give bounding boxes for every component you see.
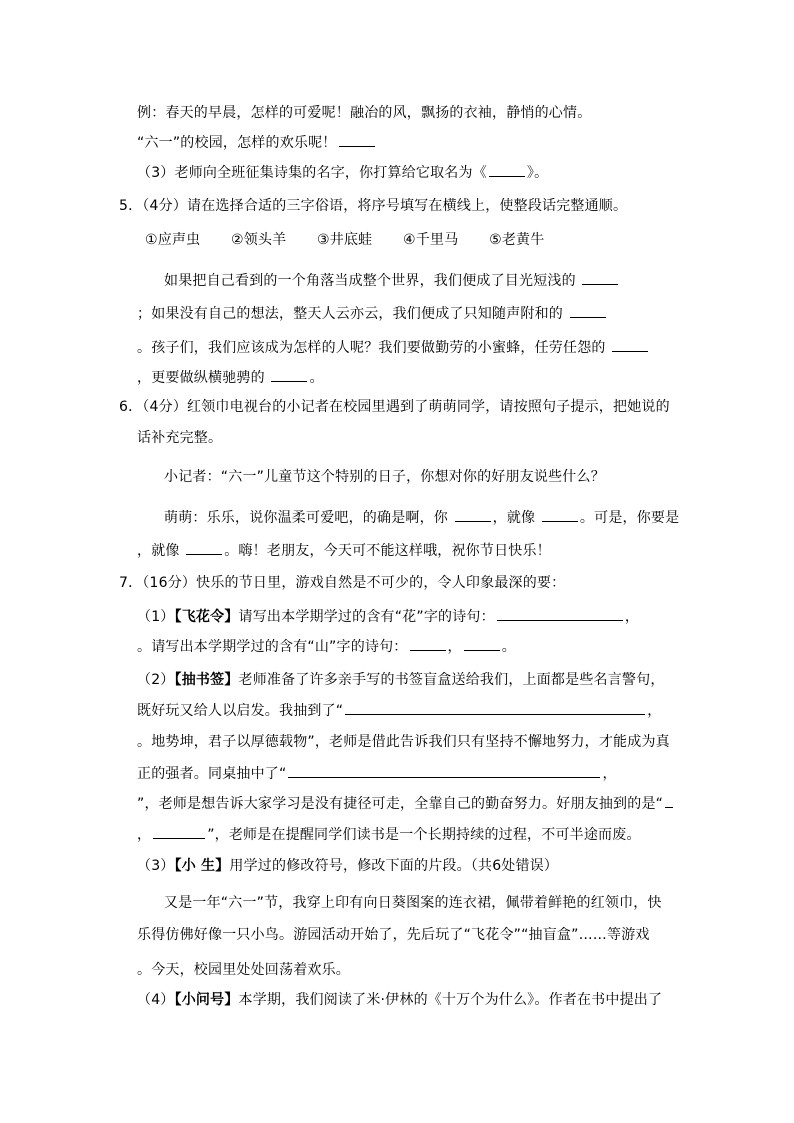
q5-paragraph-line-2: ；如果没有自己的想法，整天人云亦云，我们便成了只知随声附和的: [137, 305, 608, 323]
q5-text-end: 。: [309, 370, 323, 386]
mengmeng-text: 萌萌：乐乐，说你温柔可爱吧，的确是啊，你: [164, 510, 448, 526]
q7-text: 用学过的修改符号，修改下面的片段。（共6处错误）: [229, 858, 558, 874]
q7-text: ，: [137, 827, 151, 843]
answer-blank[interactable]: [345, 702, 645, 715]
q4-sub3: （3）老师向全班征集诗集的名字，你打算给它取名为《》。: [137, 164, 548, 182]
answer-blank[interactable]: [612, 339, 648, 352]
example-sentence: 例：春天的早晨，怎样的可爱呢！融冶的风，飘扬的衣袖，静悄的心情。: [137, 104, 591, 122]
question-5-title: 5．（4分）请在选择合适的三字俗语，将序号填写在横线上，使整段话完整通顺。: [119, 197, 627, 215]
answer-blank[interactable]: [665, 795, 673, 808]
q7-text: ”，老师是想告诉大家学习是没有捷径可走，全靠自己的勤奋努力。好朋友抽到的是“: [137, 796, 663, 812]
q7-sub3-passage-2: 乐得仿佛好像一只小鸟。游园活动开始了，先后玩了“飞花令”“抽盲盒”……等游戏: [137, 926, 650, 944]
option-3: ③井底蛙: [317, 232, 372, 248]
q7-text: 。请写出本学期学过的含有“山”字的诗句：: [137, 639, 408, 655]
sub-number: （3）: [137, 858, 175, 874]
q7-sub2-line-1: （2）【抽书签】老师准备了许多亲手写的书签盲盒送给我们，上面都是些名言警句，: [137, 671, 665, 689]
answer-blank[interactable]: [271, 369, 307, 382]
answer-blank[interactable]: [288, 765, 600, 778]
q7-text: 正的强者。同桌抽中了“: [137, 766, 286, 782]
q7-text: ，: [448, 639, 462, 655]
q7-sub2-line-4: 正的强者。同桌抽中了“，: [137, 765, 617, 783]
question-5-options: ①应声虫 ②领头羊 ③井底蛙 ④千里马 ⑤老黄牛: [145, 231, 544, 249]
q5-text: 。孩子们，我们应该成为怎样的人呢？我们要做勤劳的小蜜蜂，任劳任怨的: [137, 340, 606, 356]
answer-blank[interactable]: [410, 638, 446, 651]
mengmeng-line-2: ，就像 。嗨！老朋友，今天可不能这样哦，祝你节日快乐！: [137, 542, 551, 560]
mengmeng-text: 。嗨！老朋友，今天可不能这样哦，祝你节日快乐！: [224, 543, 551, 559]
mengmeng-line-1: 萌萌：乐乐，说你温柔可爱吧，的确是啊，你 ，就像 。可是，你要是: [164, 509, 679, 527]
reporter-line: 小记者：“六一”儿童节这个特别的日子，你想对你的好朋友说些什么？: [164, 468, 605, 486]
answer-blank[interactable]: [455, 509, 491, 522]
question-6-title-cont: 话补充完整。: [137, 429, 222, 447]
q5-paragraph-line-4: ，更要做纵横驰骋的 。: [137, 369, 324, 387]
answer-blank[interactable]: [497, 608, 623, 621]
q7-sub2-line-3: 。地势坤，君子以厚德载物”，老师是借此告诉我们只有坚持不懈地努力，才能成为真: [137, 733, 670, 751]
sub-label: 【小 生】: [175, 858, 230, 874]
q4-sub3-text: （3）老师向全班征集诗集的名字，你打算给它取名为《: [137, 165, 487, 181]
answer-blank[interactable]: [542, 509, 578, 522]
sub-label: 【飞花令】: [175, 609, 239, 625]
mengmeng-text: 。可是，你要是: [580, 510, 679, 526]
campus-sentence: “六一”的校园，怎样的欢乐呢！: [137, 134, 377, 152]
q7-text: 老师准备了许多亲手写的书签盲盒送给我们，上面都是些名言警句，: [239, 672, 665, 688]
q7-text: 请写出本学期学过的含有“花”字的诗句：: [239, 609, 495, 625]
answer-blank[interactable]: [339, 134, 375, 147]
q7-text: 既好玩又给人以启发。我抽到了“: [137, 703, 343, 719]
question-6-title: 6．（4分）红领巾电视台的小记者在校园里遇到了萌萌同学，请按照句子提示，把她说的: [119, 398, 670, 416]
answer-blank[interactable]: [186, 542, 222, 555]
sub-number: （4）: [137, 992, 175, 1008]
q7-sub3-passage-1: 又是一年“六一”节，我穿上印有向日葵图案的连衣裙，佩带着鲜艳的红领巾，快: [164, 894, 662, 912]
q5-paragraph-line-3: 。孩子们，我们应该成为怎样的人呢？我们要做勤劳的小蜜蜂，任劳任怨的: [137, 339, 650, 357]
answer-blank[interactable]: [582, 272, 618, 285]
sub-label: 【小问号】: [175, 992, 239, 1008]
q7-sub1-line-2: 。请写出本学期学过的含有“山”字的诗句：，。: [137, 638, 516, 656]
answer-blank[interactable]: [153, 826, 205, 839]
sub-number: （1）: [137, 609, 175, 625]
q7-sub2-line-2: 既好玩又给人以启发。我抽到了“，: [137, 702, 661, 720]
q7-text: ，: [602, 766, 616, 782]
q7-sub3-title: （3）【小 生】用学过的修改符号，修改下面的片段。（共6处错误）: [137, 857, 558, 875]
q7-sub2-line-5: ”，老师是想告诉大家学习是没有捷径可走，全靠自己的勤奋努力。好朋友抽到的是“: [137, 795, 675, 813]
q7-sub2-line-6: ，”，老师是在提醒同学们读书是一个长期持续的过程，不可半途而废。: [137, 826, 641, 844]
mengmeng-text: ，就像: [493, 510, 536, 526]
q7-text: 。: [502, 639, 516, 655]
q7-text: ，: [625, 609, 639, 625]
q5-text: ，更要做纵横驰骋的: [137, 370, 265, 386]
mengmeng-text: ，就像: [137, 543, 180, 559]
question-7-title: 7．（16分）快乐的节日里，游戏自然是不可少的，令人印象最深的要：: [119, 574, 565, 592]
sub-label: 【抽书签】: [175, 672, 239, 688]
q7-sub1-line-1: （1）【飞花令】请写出本学期学过的含有“花”字的诗句：，: [137, 608, 639, 626]
answer-blank[interactable]: [570, 305, 606, 318]
option-5: ⑤老黄牛: [489, 232, 544, 248]
q5-paragraph-line-1: 如果把自己看到的一个角落当成整个世界，我们便成了目光短浅的: [164, 272, 620, 290]
answer-blank[interactable]: [489, 164, 525, 177]
sub-number: （2）: [137, 672, 175, 688]
q7-text: ，: [647, 703, 661, 719]
option-4: ④千里马: [403, 232, 458, 248]
q7-sub3-passage-3: 。今天，校园里处处回荡着欢乐。: [137, 961, 350, 979]
option-1: ①应声虫: [145, 232, 200, 248]
q4-sub3-end: 》。: [527, 165, 548, 181]
option-2: ②领头羊: [231, 232, 286, 248]
q7-text: 本学期，我们阅读了米·伊林的《十万个为什么》。作者在书中提出了: [239, 992, 663, 1008]
answer-blank[interactable]: [464, 638, 500, 651]
q7-sub4-line-1: （4）【小问号】本学期，我们阅读了米·伊林的《十万个为什么》。作者在书中提出了: [137, 991, 662, 1009]
q5-text: ；如果没有自己的想法，整天人云亦云，我们便成了只知随声附和的: [137, 306, 563, 322]
q5-text: 如果把自己看到的一个角落当成整个世界，我们便成了目光短浅的: [164, 273, 576, 289]
q7-text: ”，老师是在提醒同学们读书是一个长期持续的过程，不可半途而废。: [207, 827, 640, 843]
campus-sentence-text: “六一”的校园，怎样的欢乐呢！: [137, 135, 337, 151]
